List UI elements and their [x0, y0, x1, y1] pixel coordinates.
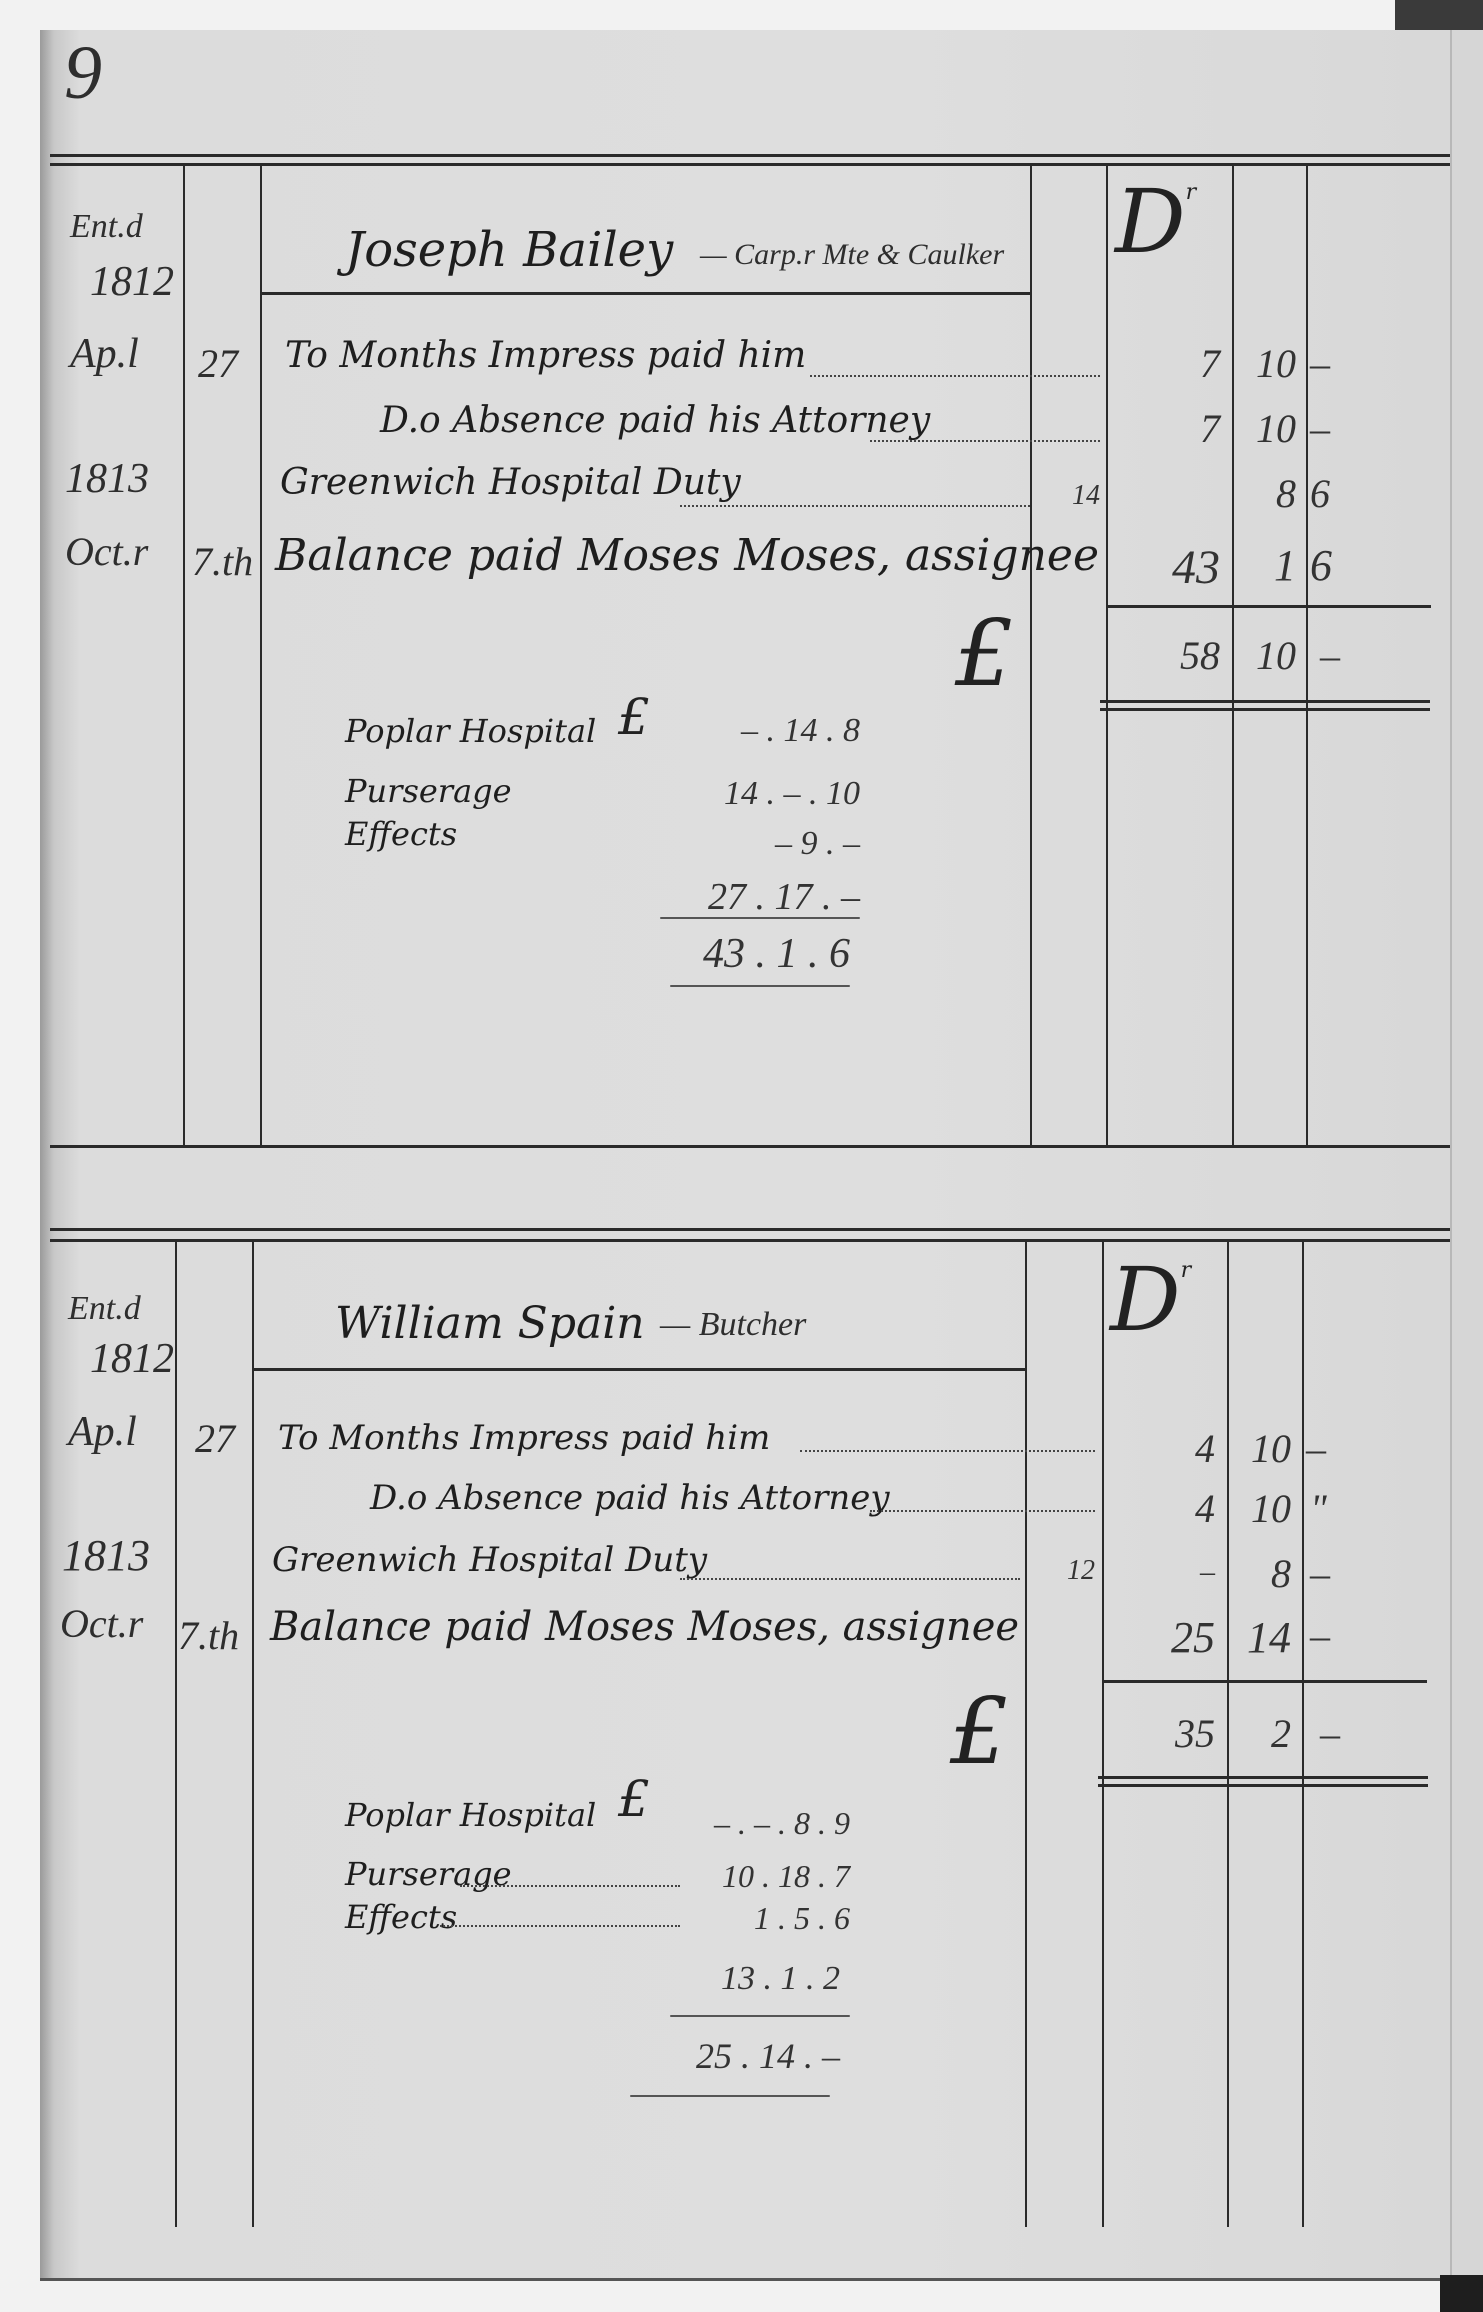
leader-dots — [810, 375, 1100, 377]
background-shadow — [1440, 2275, 1483, 2312]
column-line-shillings — [1227, 1242, 1229, 2227]
total-rule — [1106, 605, 1431, 608]
total-pounds: 35 — [1105, 1710, 1215, 1757]
row-pence: 6 — [1310, 540, 1350, 591]
pound-sign: £ — [618, 1770, 650, 1828]
total-double-rule-2 — [1098, 1784, 1428, 1787]
row-shillings: 10 — [1231, 1425, 1291, 1472]
row-shillings: 1 — [1236, 540, 1296, 591]
row-pounds: 43 — [1110, 540, 1220, 595]
row-pence: – — [1306, 1425, 1346, 1472]
breakdown-label: Poplar Hospital — [345, 1796, 596, 1834]
breakdown-value: – . – . 8 . 9 — [680, 1805, 850, 1842]
row-mid-value: 14 — [1050, 480, 1100, 512]
breakdown-label: Purserage — [345, 772, 512, 810]
row-description: Balance paid Moses Moses, assignee — [270, 1604, 1019, 1650]
top-rule-1 — [50, 154, 1450, 157]
row-day: 7.th — [178, 1612, 239, 1659]
leader-dots — [440, 1925, 680, 1927]
name-underline — [252, 1368, 1025, 1371]
total-double-rule-2 — [1100, 708, 1430, 711]
row-month: Oct.r — [65, 528, 148, 575]
row-month: 1813 — [65, 455, 149, 503]
entered-year: 1812 — [90, 1335, 174, 1383]
row-shillings: 8 — [1236, 470, 1296, 517]
breakdown-subtotal: 27 . 17 . – — [660, 875, 860, 919]
grand-total-underline — [670, 985, 850, 987]
leader-dots — [870, 1510, 1095, 1512]
total-pence: – — [1320, 632, 1360, 679]
leader-dots — [680, 505, 1030, 507]
row-pounds: 7 — [1110, 405, 1220, 452]
total-shillings: 2 — [1231, 1710, 1291, 1757]
breakdown-value: 10 . 18 . 7 — [680, 1858, 850, 1895]
breakdown-value: – . 14 . 8 — [700, 712, 860, 750]
account-name: Joseph Bailey — [345, 222, 673, 278]
row-pounds: 4 — [1105, 1425, 1215, 1472]
column-line-mid — [1025, 1242, 1027, 2227]
row-pounds: 4 — [1105, 1485, 1215, 1532]
row-description: Greenwich Hospital Duty — [272, 1540, 707, 1580]
leader-dots — [870, 440, 1100, 442]
total-pence: – — [1320, 1710, 1360, 1757]
row-pence: – — [1310, 405, 1350, 452]
row-pence: – — [1310, 1550, 1350, 1597]
row-description: Greenwich Hospital Duty — [280, 462, 741, 503]
column-line-month — [175, 1242, 177, 2227]
entry-top-rule-2 — [50, 1239, 1450, 1242]
row-pence: " — [1310, 1485, 1350, 1532]
subtotal-underline — [670, 2015, 850, 2017]
pound-sign: £ — [955, 600, 1014, 707]
row-shillings: 10 — [1236, 340, 1296, 387]
column-line-day — [260, 165, 262, 1145]
row-description: Balance paid Moses Moses, assignee — [275, 530, 1099, 581]
row-month: Ap.l — [68, 1408, 137, 1456]
row-day: 27 — [198, 340, 238, 387]
column-line-pence — [1302, 1242, 1304, 2227]
column-line-mid — [1030, 165, 1032, 1145]
pound-sign: £ — [950, 1678, 1009, 1785]
breakdown-subtotal: 13 . 1 . 2 — [660, 1960, 840, 1998]
row-month: Ap.l — [70, 330, 139, 378]
column-line-pounds — [1106, 165, 1108, 1145]
grand-total-underline — [630, 2095, 830, 2097]
row-pence: – — [1310, 340, 1350, 387]
entered-label: Ent.d — [70, 208, 143, 246]
row-pence: – — [1310, 1612, 1350, 1659]
row-shillings: 10 — [1236, 405, 1296, 452]
row-month: 1813 — [62, 1530, 150, 1581]
breakdown-label: Effects — [345, 1898, 457, 1936]
debtor-heading: Dr — [1115, 170, 1196, 273]
row-description: To Months Impress paid him — [278, 1418, 770, 1458]
row-description: D.o Absence paid his Attorney — [370, 1478, 890, 1518]
row-pounds: – — [1105, 1555, 1215, 1589]
breakdown-grand-total: 25 . 14 . – — [650, 2035, 840, 2077]
leader-dots — [800, 1450, 1095, 1452]
breakdown-value: – 9 . – — [680, 825, 860, 863]
entered-year: 1812 — [90, 258, 174, 306]
account-name: William Spain — [335, 1298, 645, 1349]
account-occupation: — Carp.r Mte & Caulker — [700, 238, 1004, 272]
entry-separator — [50, 1145, 1450, 1148]
leader-dots — [680, 1578, 1020, 1580]
breakdown-grand-total: 43 . 1 . 6 — [650, 930, 850, 978]
total-rule — [1102, 1680, 1427, 1683]
debtor-heading: Dr — [1110, 1248, 1191, 1351]
column-line-month — [183, 165, 185, 1145]
breakdown-value: 1 . 5 . 6 — [680, 1900, 850, 1937]
total-double-rule-1 — [1100, 700, 1430, 703]
row-mid-value: 12 — [1040, 1555, 1095, 1587]
name-underline — [260, 292, 1030, 295]
pound-sign: £ — [618, 688, 650, 746]
breakdown-label: Poplar Hospital — [345, 712, 596, 750]
total-double-rule-1 — [1098, 1776, 1428, 1779]
row-pence: 6 — [1310, 470, 1350, 517]
entry-top-rule-1 — [50, 1228, 1450, 1231]
row-description: D.o Absence paid his Attorney — [380, 400, 930, 441]
column-line-day — [252, 1242, 254, 2227]
total-pounds: 58 — [1110, 632, 1220, 679]
adjacent-page-edge — [1450, 30, 1483, 2278]
row-day: 27 — [195, 1415, 235, 1462]
row-pounds: 7 — [1110, 340, 1220, 387]
row-day: 7.th — [192, 538, 253, 585]
folio-number: 9 — [64, 30, 102, 117]
breakdown-label: Effects — [345, 815, 457, 853]
row-shillings: 14 — [1231, 1612, 1291, 1663]
row-shillings: 8 — [1231, 1550, 1291, 1597]
entered-label: Ent.d — [68, 1290, 141, 1328]
column-line-pence — [1306, 165, 1308, 1145]
column-line-pounds — [1102, 1242, 1104, 2227]
row-shillings: 10 — [1231, 1485, 1291, 1532]
leader-dots — [460, 1885, 680, 1887]
row-description: To Months Impress paid him — [285, 335, 806, 376]
account-occupation: — Butcher — [660, 1306, 806, 1344]
breakdown-label: Purserage — [345, 1855, 512, 1893]
row-pounds: 25 — [1105, 1612, 1215, 1663]
subtotal-underline — [660, 917, 860, 919]
background-shadow — [1395, 0, 1483, 32]
breakdown-value: 14 . – . 10 — [680, 775, 860, 813]
row-month: Oct.r — [60, 1600, 143, 1647]
column-line-shillings — [1232, 165, 1234, 1145]
total-shillings: 10 — [1236, 632, 1296, 679]
